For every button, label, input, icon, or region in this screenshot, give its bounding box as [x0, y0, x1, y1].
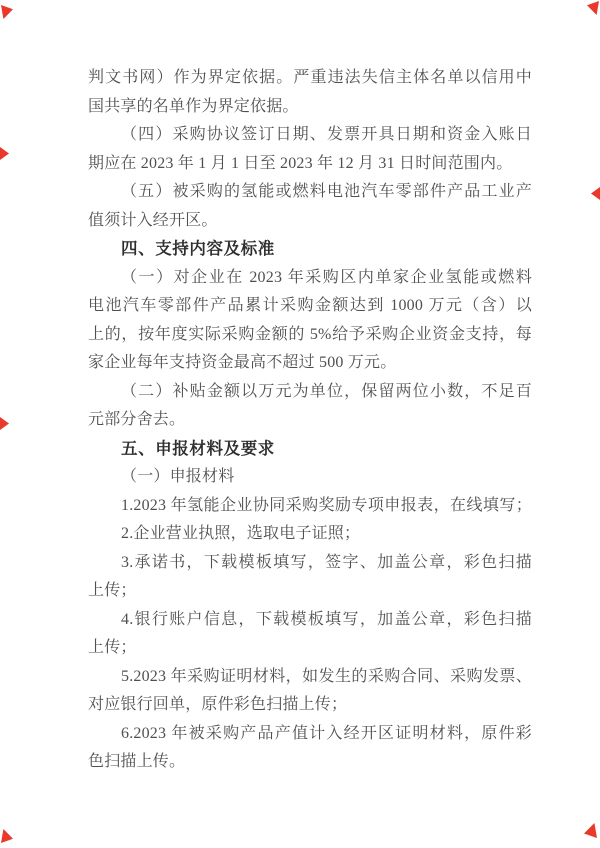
text-line: 对应银行回单，原件彩色扫描上传；: [88, 691, 532, 720]
corner-mark-top-right-icon: [587, 1, 599, 15]
text-line: 上的，按年度实际采购金额的 5%给予采购企业资金支持，每: [88, 321, 532, 350]
text-line: （一）申报材料: [88, 463, 532, 492]
corner-mark-top-left-icon: [1, 5, 13, 19]
text-line: （四）采购协议签订日期、发票开具日期和资金入账日: [88, 121, 532, 150]
section-heading: 四、支持内容及标准: [88, 235, 532, 264]
text-line: 元部分舍去。: [88, 406, 532, 435]
text-line: 值须计入经开区。: [88, 207, 532, 236]
text-line: 6.2023 年被采购产品产值计入经开区证明材料，原件彩: [88, 720, 532, 749]
text-line: 上传；: [88, 577, 532, 606]
edge-mark-left-middle-icon: [0, 417, 9, 430]
text-line: 期应在 2023 年 1 月 1 日至 2023 年 12 月 31 日时间范围…: [88, 150, 532, 179]
corner-mark-bottom-right-icon: [584, 823, 597, 838]
edge-mark-right-upper-icon: [591, 187, 600, 200]
text-line: 色扫描上传。: [88, 748, 532, 777]
edge-mark-left-upper-icon: [0, 147, 9, 160]
text-line: 家企业每年支持资金最高不超过 500 万元。: [88, 349, 532, 378]
corner-mark-bottom-left-icon: [1, 829, 13, 843]
section-heading: 五、申报材料及要求: [88, 435, 532, 464]
document-page: 判文书网）作为界定依据。严重违法失信主体名单以信用中 国共享的名单作为界定依据。…: [0, 0, 600, 848]
document-content: 判文书网）作为界定依据。严重违法失信主体名单以信用中 国共享的名单作为界定依据。…: [88, 64, 532, 777]
text-line: 上传；: [88, 634, 532, 663]
text-line: （二）补贴金额以万元为单位，保留两位小数，不足百: [88, 378, 532, 407]
text-line: 2.企业营业执照，选取电子证照；: [88, 520, 532, 549]
text-line: 判文书网）作为界定依据。严重违法失信主体名单以信用中: [88, 64, 532, 93]
text-line: 5.2023 年采购证明材料，如发生的采购合同、采购发票、: [88, 663, 532, 692]
text-line: 1.2023 年氢能企业协同采购奖励专项申报表，在线填写；: [88, 492, 532, 521]
text-line: 国共享的名单作为界定依据。: [88, 93, 532, 122]
text-line: （五）被采购的氢能或燃料电池汽车零部件产品工业产: [88, 178, 532, 207]
text-line: 电池汽车零部件产品累计采购金额达到 1000 万元（含）以: [88, 292, 532, 321]
text-line: 3.承诺书，下载模板填写，签字、加盖公章，彩色扫描: [88, 549, 532, 578]
text-line: （一）对企业在 2023 年采购区内单家企业氢能或燃料: [88, 264, 532, 293]
text-line: 4.银行账户信息，下载模板填写，加盖公章，彩色扫描: [88, 606, 532, 635]
